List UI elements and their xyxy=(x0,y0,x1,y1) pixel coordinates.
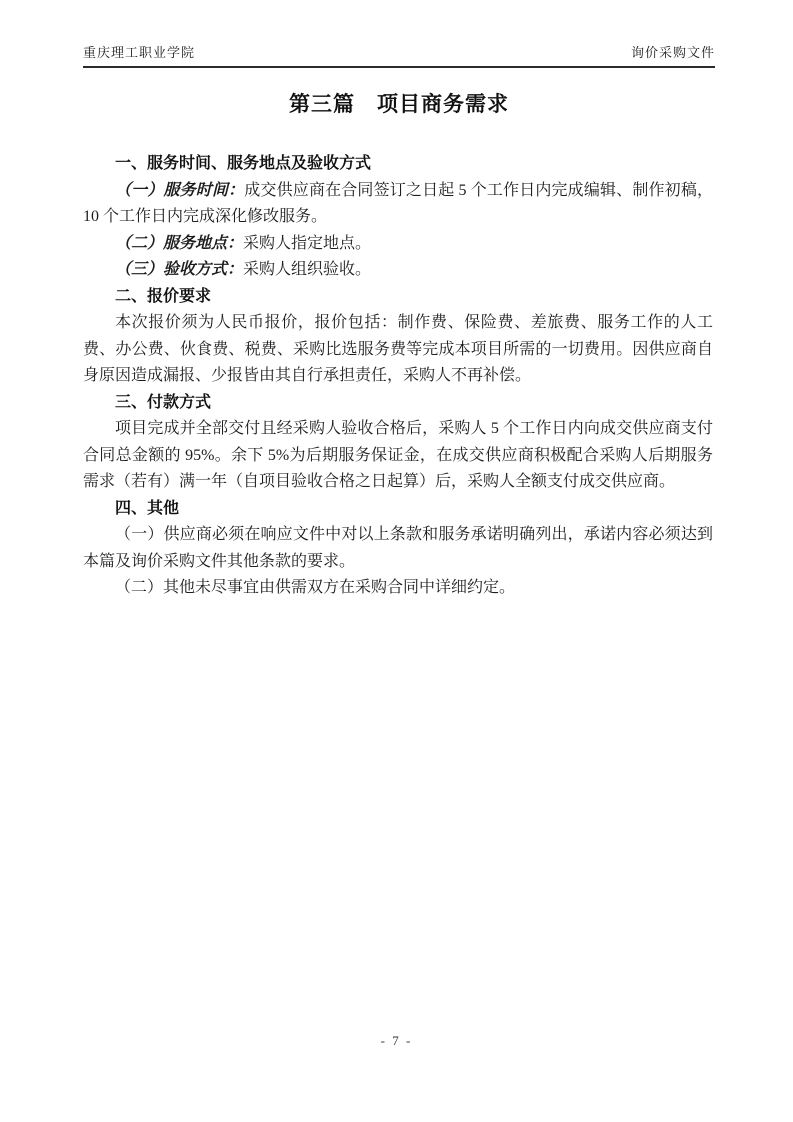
document-body: 一、服务时间、服务地点及验收方式 （一）服务时间：成交供应商在合同签订之日起 5… xyxy=(83,151,713,602)
paragraph: （二）其他未尽事宜由供需双方在采购合同中详细约定。 xyxy=(83,575,713,602)
section-paragraphs: （一）服务时间：成交供应商在合同签订之日起 5 个工作日内完成编辑、制作初稿，1… xyxy=(83,178,713,284)
page-header: 重庆理工职业学院 询价采购文件 xyxy=(83,42,715,68)
section: 一、服务时间、服务地点及验收方式 （一）服务时间：成交供应商在合同签订之日起 5… xyxy=(83,151,713,284)
paragraph: （二）服务地点：采购人指定地点。 xyxy=(83,231,713,258)
header-right-text: 询价采购文件 xyxy=(631,42,715,61)
section-paragraphs: 本次报价须为人民币报价，报价包括：制作费、保险费、差旅费、服务工作的人工费、办公… xyxy=(83,310,713,390)
document-page: 重庆理工职业学院 询价采购文件 第三篇 项目商务需求 一、服务时间、服务地点及验… xyxy=(0,0,793,1122)
paragraph: 本次报价须为人民币报价，报价包括：制作费、保险费、差旅费、服务工作的人工费、办公… xyxy=(83,310,713,390)
section-heading: 三、付款方式 xyxy=(83,390,713,417)
paragraph: 项目完成并全部交付且经采购人验收合格后，采购人 5 个工作日内向成交供应商支付合… xyxy=(83,416,713,496)
section-heading: 四、其他 xyxy=(83,496,713,523)
section-heading: 二、报价要求 xyxy=(83,284,713,311)
page-footer: - 7 - xyxy=(0,1033,793,1049)
header-left-text: 重庆理工职业学院 xyxy=(83,42,195,61)
paragraph-lead: （一）服务时间： xyxy=(115,182,244,199)
section-paragraphs: （一）供应商必须在响应文件中对以上条款和服务承诺明确列出，承诺内容必须达到本篇及… xyxy=(83,522,713,602)
paragraph-lead: （二）服务地点： xyxy=(115,235,243,252)
page-number: - 7 - xyxy=(381,1033,413,1048)
paragraph: （一）供应商必须在响应文件中对以上条款和服务承诺明确列出，承诺内容必须达到本篇及… xyxy=(83,522,713,575)
section-heading: 一、服务时间、服务地点及验收方式 xyxy=(83,151,713,178)
paragraph: （一）服务时间：成交供应商在合同签订之日起 5 个工作日内完成编辑、制作初稿，1… xyxy=(83,178,713,231)
section: 二、报价要求 本次报价须为人民币报价，报价包括：制作费、保险费、差旅费、服务工作… xyxy=(83,284,713,390)
section-paragraphs: 项目完成并全部交付且经采购人验收合格后，采购人 5 个工作日内向成交供应商支付合… xyxy=(83,416,713,496)
document-title: 第三篇 项目商务需求 xyxy=(83,93,715,117)
section: 四、其他 （一）供应商必须在响应文件中对以上条款和服务承诺明确列出，承诺内容必须… xyxy=(83,496,713,602)
section: 三、付款方式 项目完成并全部交付且经采购人验收合格后，采购人 5 个工作日内向成… xyxy=(83,390,713,496)
paragraph: （三）验收方式：采购人组织验收。 xyxy=(83,257,713,284)
paragraph-lead: （三）验收方式： xyxy=(115,261,243,278)
